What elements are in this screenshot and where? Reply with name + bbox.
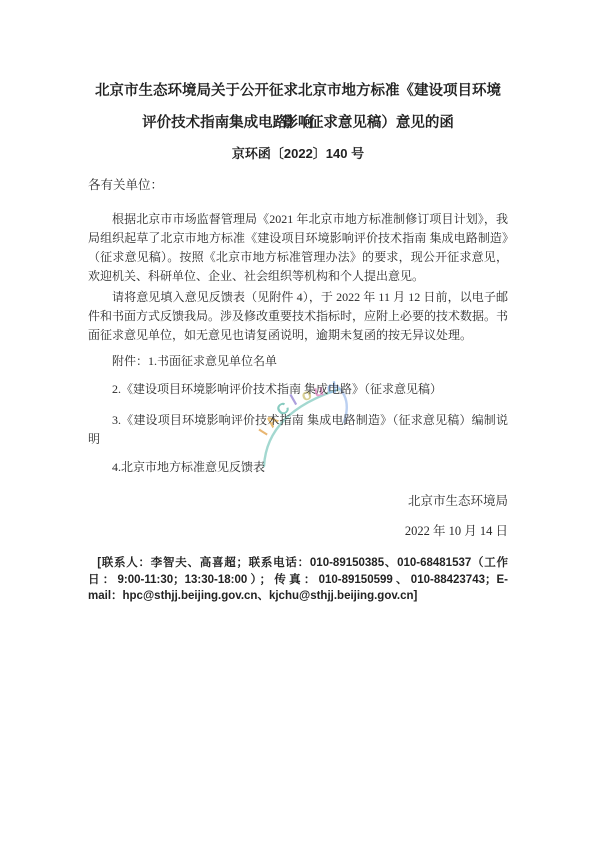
document-page: I A C l o u d 北京市生态环境局关于公开征求北京市地方标准《建设项目… — [0, 0, 595, 841]
signature-date: 2022 年 10 月 14 日 — [88, 522, 508, 541]
attachment-item-2: 2.《建设项目环境影响评价技术指南 集成电路》（征求意见稿） — [88, 380, 508, 399]
attachment-item-1: 附件：1.书面征求意见单位名单 — [88, 352, 508, 371]
attachment-item-text: 1.书面征求意见单位名单 — [148, 354, 277, 368]
attachment-item-3: 3.《建设项目环境影响评价技术指南 集成电路制造》（征求意见稿）编制说明 — [88, 411, 508, 449]
page-title-line1: 北京市生态环境局关于公开征求北京市地方标准《建设项目环境影响 — [88, 75, 508, 107]
attachments-label: 附件： — [112, 354, 148, 368]
doc-number: 京环函〔2022〕140 号 — [88, 144, 508, 164]
page-title-line2: 评价技术指南集成电路》（征求意见稿）意见的函 — [88, 107, 508, 139]
salutation: 各有关单位： — [88, 176, 508, 195]
paragraph-1: 根据北京市市场监督管理局《2021 年北京市地方标准制修订项目计划》，我局组织起… — [88, 210, 508, 286]
paragraph-2: 请将意见填入意见反馈表（见附件 4），于 2022 年 11 月 12 日前，以… — [88, 288, 508, 345]
attachment-item-4: 4.北京市地方标准意见反馈表 — [88, 458, 508, 477]
signature-org: 北京市生态环境局 — [88, 492, 508, 511]
contact-info: [联系人：李智夫、高喜超；联系电话：010-89150385、010-68481… — [88, 555, 508, 605]
page-title: 北京市生态环境局关于公开征求北京市地方标准《建设项目环境影响 评价技术指南集成电… — [88, 75, 508, 139]
